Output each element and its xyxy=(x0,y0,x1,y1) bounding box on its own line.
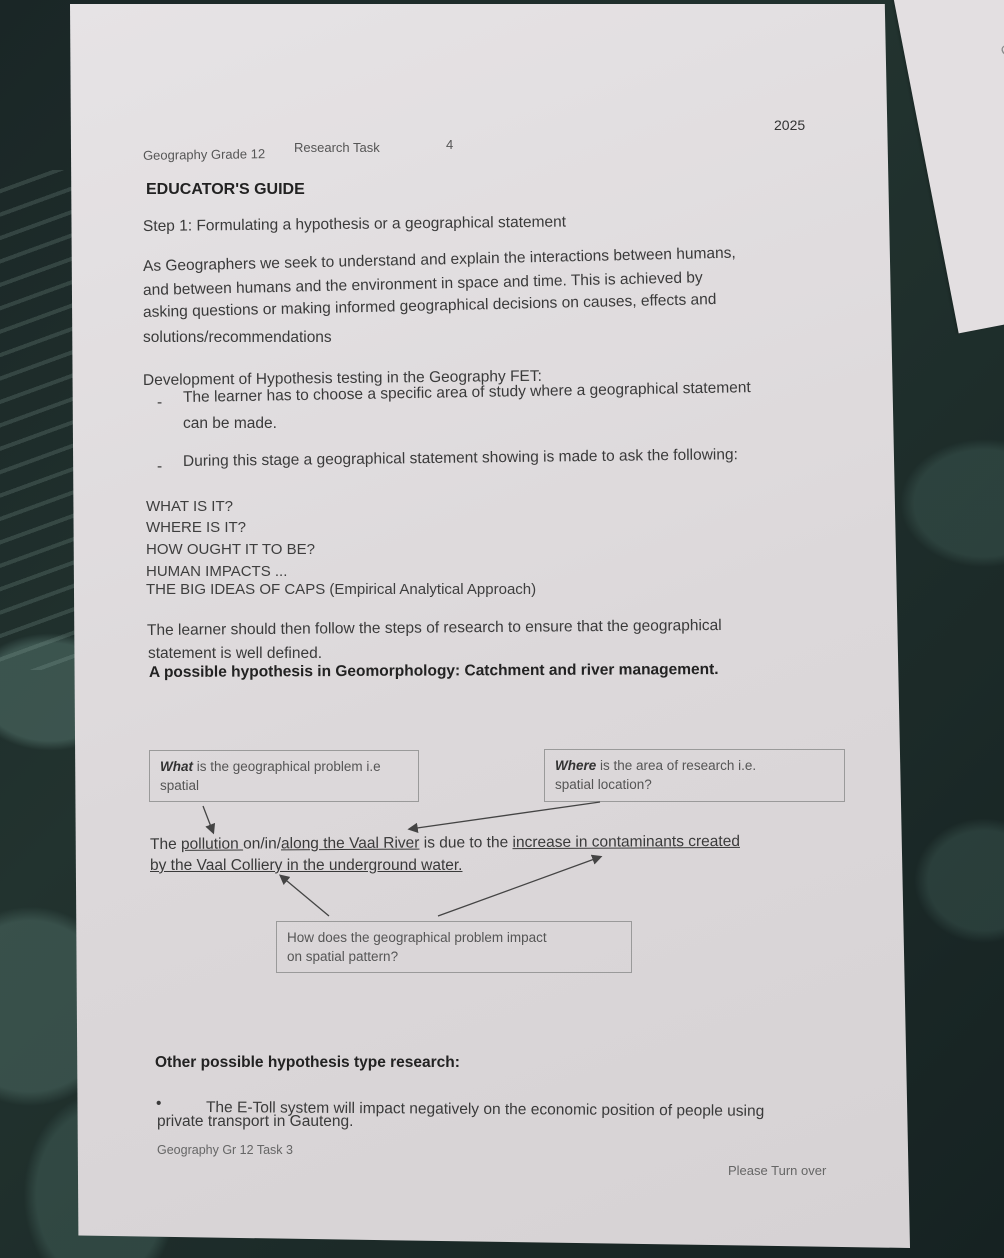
paragraph-line: solutions/recommendations xyxy=(143,327,332,348)
bullet-text: can be made. xyxy=(183,413,277,434)
background-sheet-text: Geo xyxy=(998,32,1004,59)
footer-right: Please Turn over xyxy=(728,1163,826,1178)
question-big-ideas: THE BIG IDEAS OF CAPS (Empirical Analyti… xyxy=(146,579,536,600)
box-what-text-line2: spatial xyxy=(160,778,199,793)
box-what-problem: What is the geographical problem i.e spa… xyxy=(149,750,419,802)
header-subject: Geography Grade 12 xyxy=(143,146,265,163)
statement-part-cause: increase in contaminants created xyxy=(512,833,740,851)
bullet-marker: - xyxy=(157,392,162,413)
box-where-text-line2: spatial location? xyxy=(555,777,652,792)
box-how-text-line2: on spatial pattern? xyxy=(287,949,398,964)
box-where-area: Where is the area of research i.e. spati… xyxy=(544,749,845,802)
box-where-text: is the area of research i.e. xyxy=(596,758,756,773)
other-bullet-text-line2: private transport in Gauteng. xyxy=(157,1111,353,1132)
bullet-marker: - xyxy=(157,456,162,477)
box-how-text: How does the geographical problem impact xyxy=(287,930,547,945)
question-what: WHAT IS IT? xyxy=(146,496,233,517)
statement-part-pollution: pollution xyxy=(181,836,243,853)
statement-part-location: along the Vaal River xyxy=(281,835,420,853)
box-where-lead: Where xyxy=(555,758,596,773)
footer-left: Geography Gr 12 Task 3 xyxy=(157,1143,293,1157)
header-task: Research Task xyxy=(294,140,380,155)
document-title: EDUCATOR'S GUIDE xyxy=(146,181,305,199)
header-page-number: 4 xyxy=(446,137,453,152)
other-heading: Other possible hypothesis type research: xyxy=(155,1052,460,1073)
statement-part: is due to the xyxy=(419,834,512,851)
step1-heading: Step 1: Formulating a hypothesis or a ge… xyxy=(143,212,566,237)
statement-part: on/in/ xyxy=(243,835,281,852)
box-what-text: is the geographical problem i.e xyxy=(193,759,381,774)
box-how-impact: How does the geographical problem impact… xyxy=(276,921,632,973)
statement-part: The xyxy=(150,836,181,853)
hypothesis-statement-line1: The pollution on/in/along the Vaal River… xyxy=(150,831,740,855)
question-where: WHERE IS IT? xyxy=(146,517,246,538)
hypothesis-statement-line2: by the Vaal Colliery in the underground … xyxy=(150,855,462,876)
header-year: 2025 xyxy=(774,117,805,133)
box-what-lead: What xyxy=(160,759,193,774)
hypothesis-heading: A possible hypothesis in Geomorphology: … xyxy=(149,659,719,683)
question-how: HOW OUGHT IT TO BE? xyxy=(146,539,315,560)
